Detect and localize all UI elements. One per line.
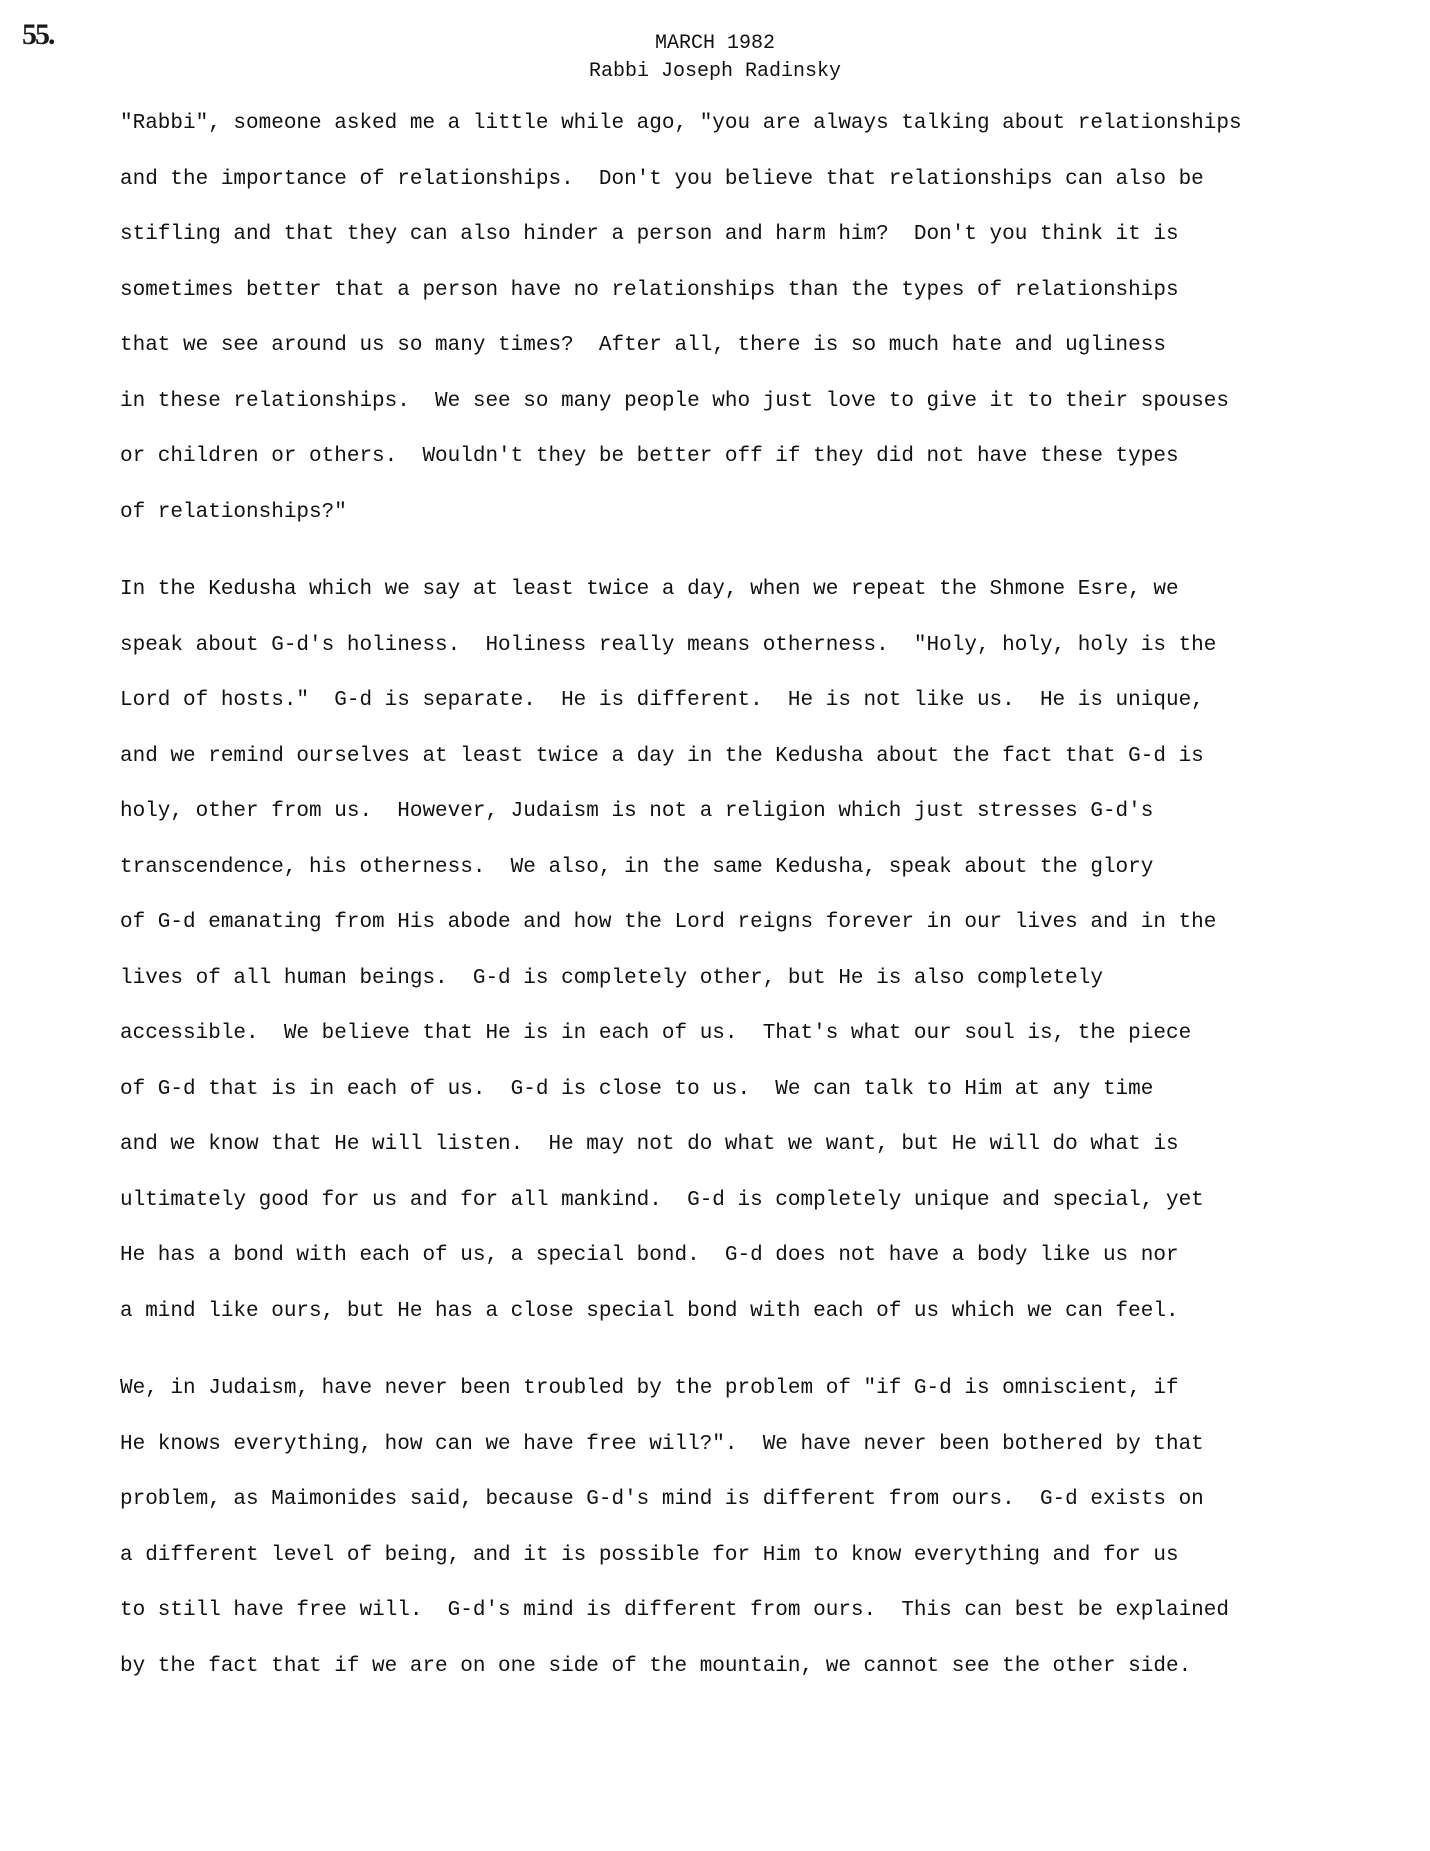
text-line: Lord of hosts." G-d is separate. He is d… <box>120 687 1380 743</box>
text-line: He has a bond with each of us, a special… <box>120 1242 1380 1298</box>
text-line: that we see around us so many times? Aft… <box>120 332 1380 388</box>
text-line: by the fact that if we are on one side o… <box>120 1653 1380 1709</box>
text-line: a mind like ours, but He has a close spe… <box>120 1298 1380 1354</box>
text-line: to still have free will. G-d's mind is d… <box>120 1597 1380 1653</box>
text-line: in these relationships. We see so many p… <box>120 388 1380 444</box>
text-line: We, in Judaism, have never been troubled… <box>120 1375 1380 1431</box>
text-line: "Rabbi", someone asked me a little while… <box>120 110 1380 166</box>
text-line: He knows everything, how can we have fre… <box>120 1431 1380 1487</box>
header-author: Rabbi Joseph Radinsky <box>0 58 1430 86</box>
document-body: "Rabbi", someone asked me a little while… <box>120 110 1380 1708</box>
text-line: and the importance of relationships. Don… <box>120 166 1380 222</box>
document-header: MARCH 1982 Rabbi Joseph Radinsky <box>0 30 1430 86</box>
text-line: stifling and that they can also hinder a… <box>120 221 1380 277</box>
text-line: sometimes better that a person have no r… <box>120 277 1380 333</box>
paragraph-question: "Rabbi", someone asked me a little while… <box>120 110 1380 554</box>
text-line: of relationships?" <box>120 499 1380 555</box>
text-line: In the Kedusha which we say at least twi… <box>120 576 1380 632</box>
text-line: a different level of being, and it is po… <box>120 1542 1380 1598</box>
paragraph-kedusha: In the Kedusha which we say at least twi… <box>120 576 1380 1353</box>
text-line: ultimately good for us and for all manki… <box>120 1187 1380 1243</box>
text-line: and we know that He will listen. He may … <box>120 1131 1380 1187</box>
text-line: transcendence, his otherness. We also, i… <box>120 854 1380 910</box>
text-line: and we remind ourselves at least twice a… <box>120 743 1380 799</box>
text-line: of G-d emanating from His abode and how … <box>120 909 1380 965</box>
paragraph-free-will: We, in Judaism, have never been troubled… <box>120 1375 1380 1708</box>
text-line: lives of all human beings. G-d is comple… <box>120 965 1380 1021</box>
text-line: accessible. We believe that He is in eac… <box>120 1020 1380 1076</box>
header-date: MARCH 1982 <box>0 30 1430 58</box>
text-line: problem, as Maimonides said, because G-d… <box>120 1486 1380 1542</box>
text-line: speak about G-d's holiness. Holiness rea… <box>120 632 1380 688</box>
text-line: of G-d that is in each of us. G-d is clo… <box>120 1076 1380 1132</box>
text-line: or children or others. Wouldn't they be … <box>120 443 1380 499</box>
text-line: holy, other from us. However, Judaism is… <box>120 798 1380 854</box>
